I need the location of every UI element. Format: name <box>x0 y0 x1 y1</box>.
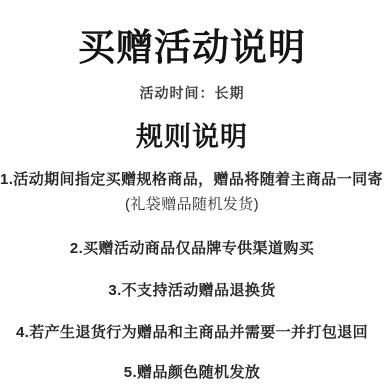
rule-item-4: 4.若产生退货行为赠品和主商品并需要一并打包退回 <box>0 324 384 342</box>
rules-list: 1.活动期间指定买赠规格商品，赠品将随着主商品一同寄出 (礼袋赠品随机发货) 2… <box>0 171 384 382</box>
rule-item-5: 5.赠品颜色随机发放 <box>0 364 384 382</box>
promo-notice-document: 买赠活动说明 活动时间：长期 规则说明 1.活动期间指定买赠规格商品，赠品将随着… <box>0 0 384 384</box>
rule-item-2: 2.买赠活动商品仅品牌专供渠道购买 <box>0 240 384 258</box>
activity-time-label: 活动时间： <box>140 85 215 101</box>
activity-time: 活动时间：长期 <box>0 85 384 101</box>
rule-item-3: 3.不支持活动赠品退换货 <box>0 282 384 300</box>
rule-item-1-note: (礼袋赠品随机发货) <box>0 196 384 214</box>
rule-item-1: 1.活动期间指定买赠规格商品，赠品将随着主商品一同寄出 <box>0 171 384 189</box>
activity-time-value: 长期 <box>215 85 245 101</box>
rules-heading: 规则说明 <box>0 122 384 153</box>
page-title: 买赠活动说明 <box>0 27 384 69</box>
